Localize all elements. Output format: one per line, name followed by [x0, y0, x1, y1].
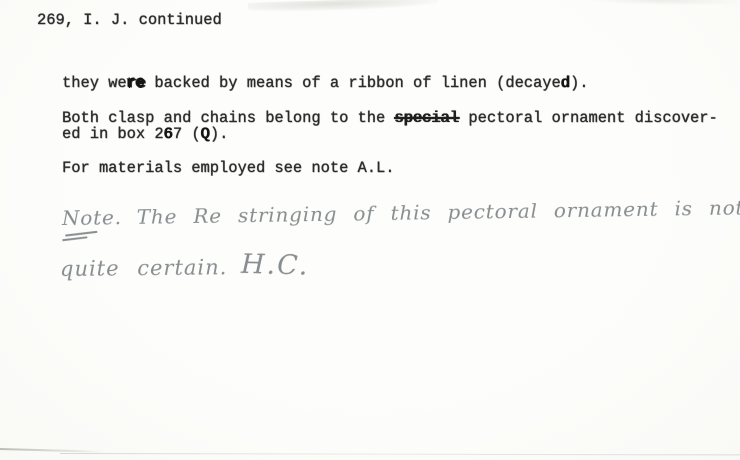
paragraph-text: 7 ( — [173, 125, 201, 143]
paragraph-text: ). — [570, 74, 588, 92]
handwritten-note-line1: Note.The Re stringing of this pectoral o… — [62, 195, 740, 230]
paper-smudge-top — [248, 0, 438, 13]
paragraph-line: ed in box 267 (Q). — [62, 127, 718, 143]
carter-initials: H.C. — [241, 249, 310, 282]
paragraph-text: ). — [210, 125, 228, 143]
card-bottom-edge — [60, 453, 740, 455]
note-label-underlined: Note. — [62, 205, 122, 230]
struck-out-word: special — [395, 109, 460, 127]
card-number-header: 269, I. J. continued — [37, 13, 222, 29]
index-card: 269, I. J. continued they were backed by… — [0, 0, 740, 460]
handwritten-text: quite certain. — [60, 255, 228, 281]
paragraph-text: backed by means of a ribbon of linen (de… — [145, 74, 561, 92]
card-bottom-edge-left — [0, 448, 105, 453]
overtyped-letter: d — [561, 74, 570, 92]
overtyped-digit: 6 — [164, 125, 173, 143]
paragraph-text: pectoral ornament discover- — [459, 109, 718, 127]
overtyped-correction-blob: re — [127, 74, 145, 92]
paragraph-text: they we — [62, 74, 127, 92]
paper-smudge-top-right — [585, 0, 740, 6]
typed-paragraph-backing: they were backed by means of a ribbon of… — [62, 76, 589, 92]
handwritten-note-line2: quite certain.H.C. — [60, 249, 310, 283]
typed-paragraph-clasp-chains: Both clasp and chains belong to the spec… — [62, 111, 718, 142]
overtyped-letter-q: Q — [201, 125, 210, 143]
paragraph-text: ed in box 2 — [62, 125, 164, 143]
typed-paragraph-materials: For materials employed see note A.L. — [62, 161, 395, 177]
handwritten-text: The Re stringing of this pectoral orname… — [137, 195, 740, 229]
